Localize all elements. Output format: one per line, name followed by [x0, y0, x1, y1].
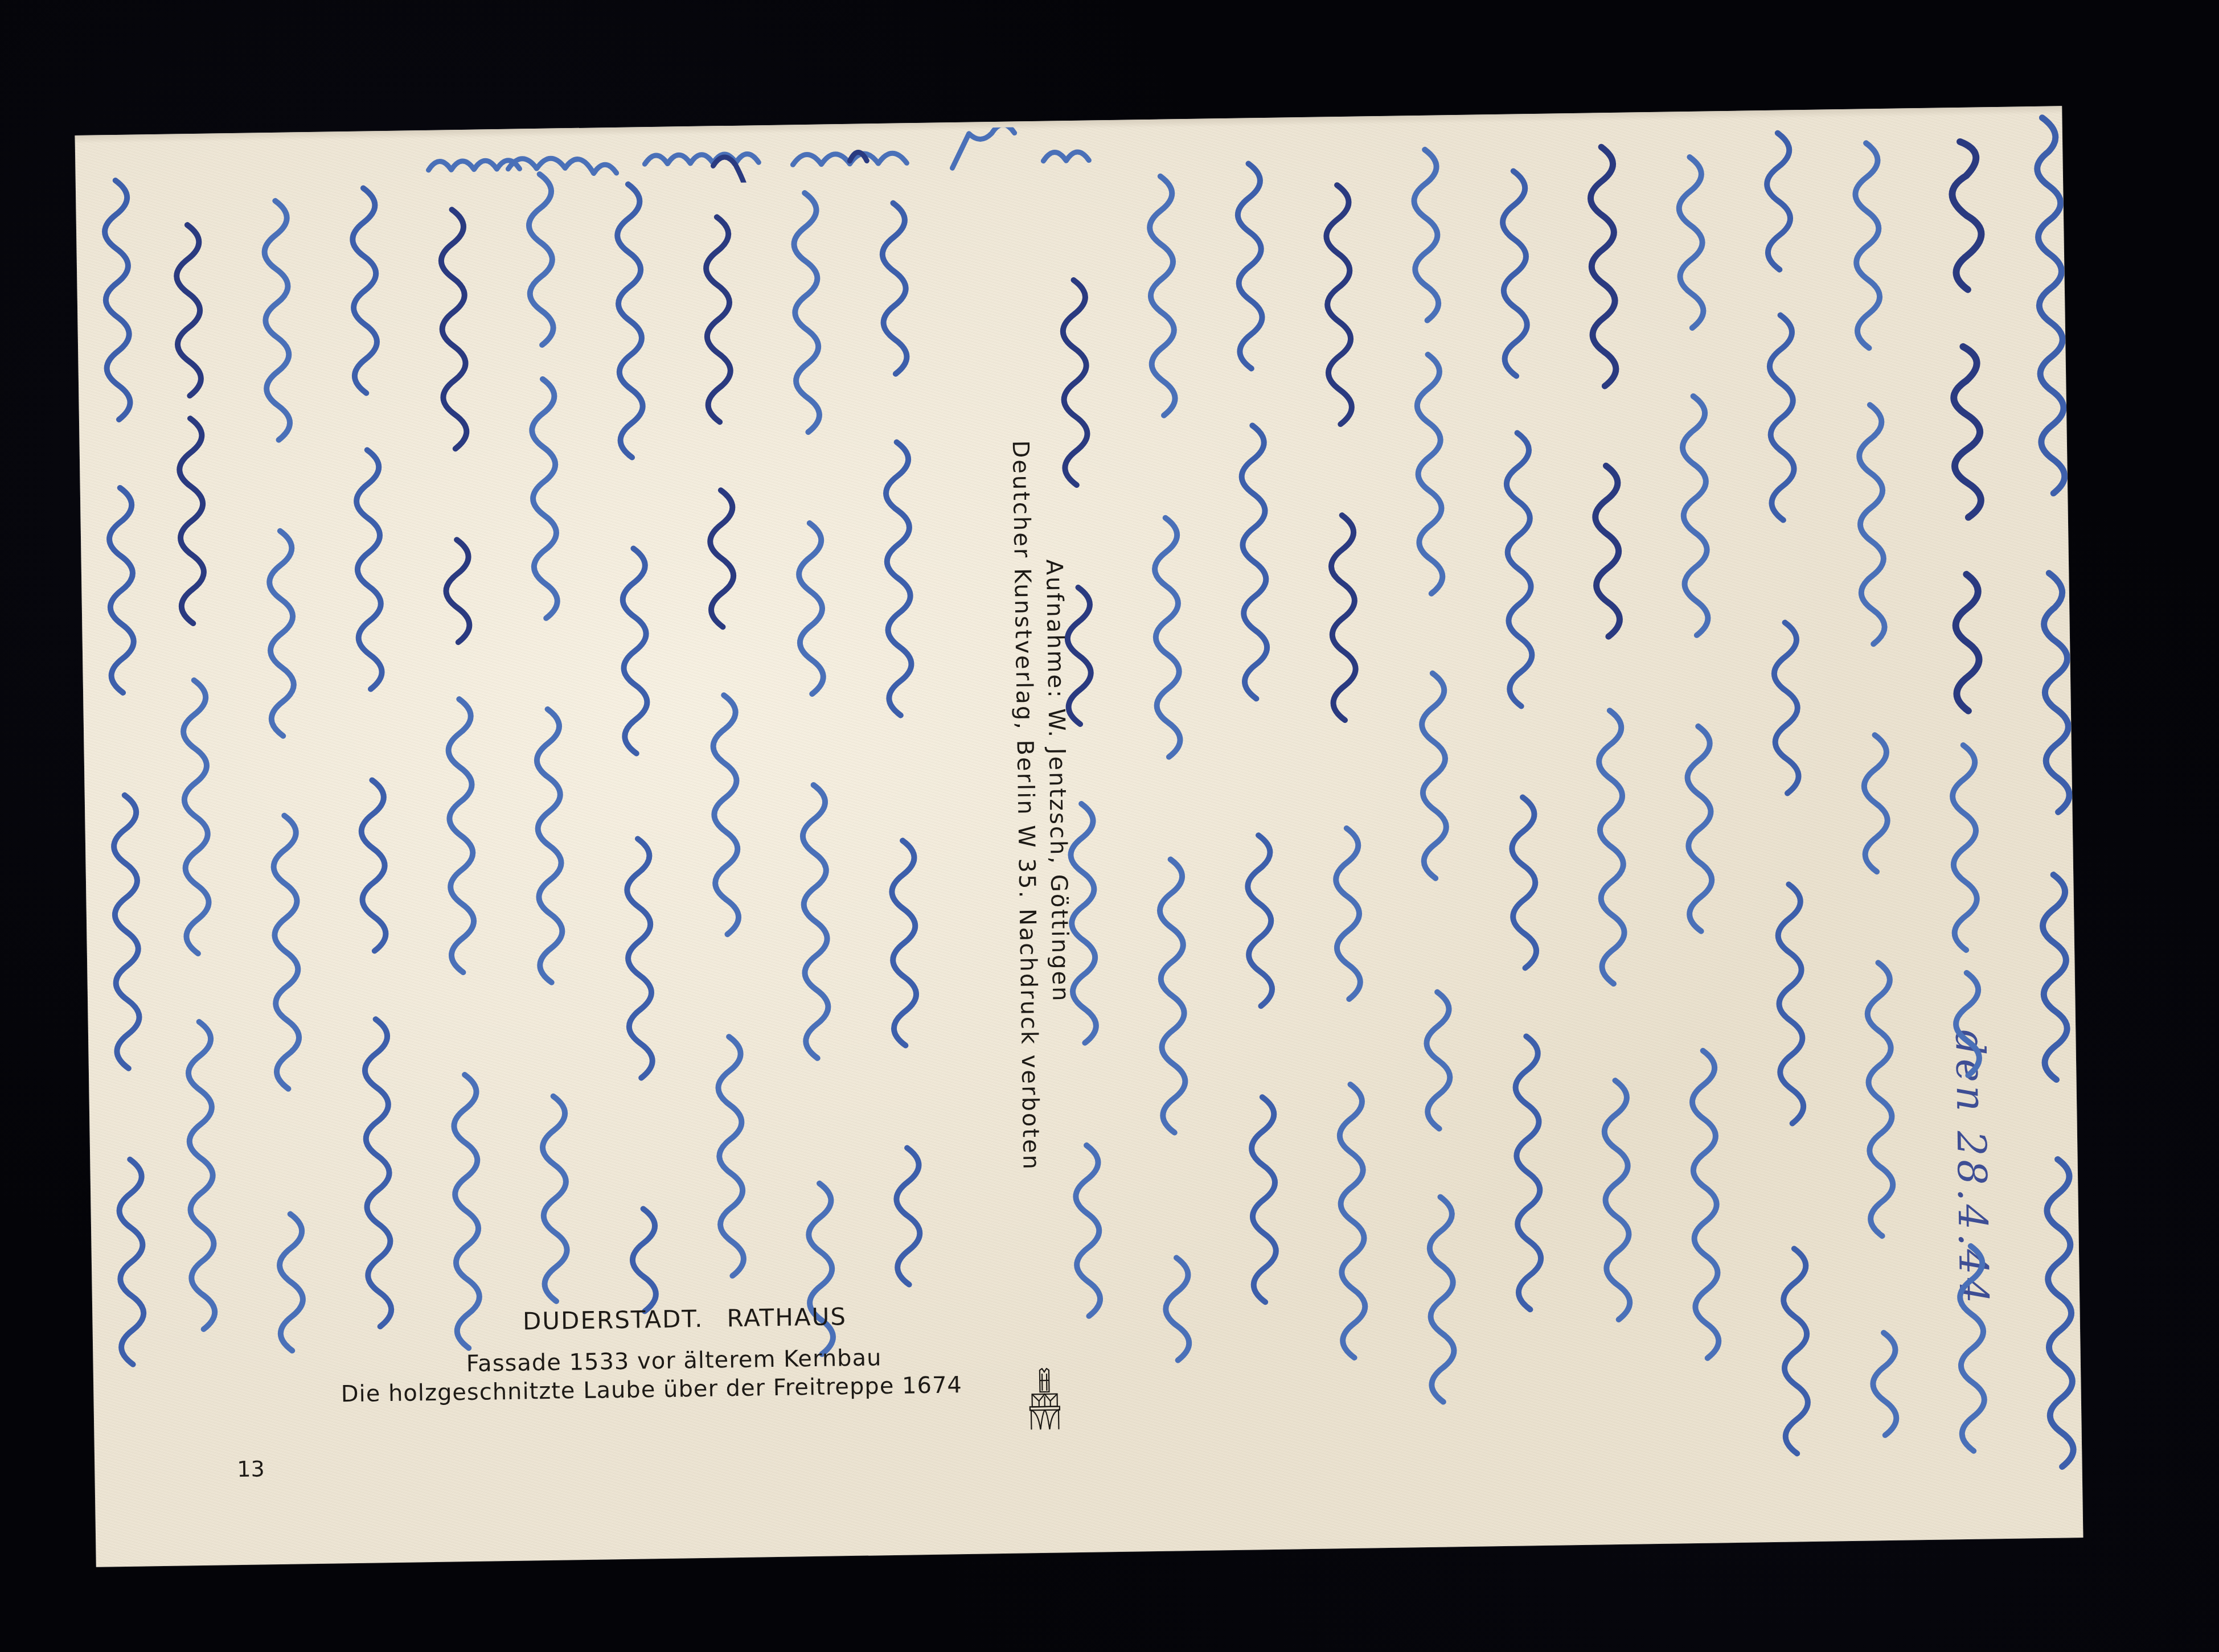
handwriting-column-9: [1302, 116, 1397, 1549]
handwriting-column-4: [1743, 110, 1838, 1543]
postcard: den 28.4.44: [75, 106, 2083, 1567]
handwriting-column-7: [1478, 114, 1573, 1547]
handwriting-column-10: [1213, 117, 1309, 1550]
handwriting-column-5: [1655, 111, 1750, 1544]
scan-background: den 28.4.44: [0, 0, 2219, 1652]
gothic-tower-icon: [1027, 1368, 1063, 1431]
handwriting-column-3: [1831, 108, 1926, 1541]
handwriting-column-11: [1125, 119, 1220, 1552]
handwriting-column-6: [1566, 112, 1662, 1545]
handwriting-column-8: [1390, 115, 1485, 1548]
caption-title: DUDERSTADT. RATHAUS: [320, 1300, 1049, 1338]
publisher-imprint: Aufnahme: W. Jentzsch, Göttingen Deutche…: [959, 440, 1044, 1181]
handwriting-column-1: [2008, 106, 2083, 1538]
publisher-line: Deutcher Kunstverlag, Berlin W 35. Nachd…: [1007, 440, 1044, 1181]
handwriting-column-2: [1919, 107, 2015, 1540]
card-number: 13: [237, 1456, 265, 1482]
postcard-caption: DUDERSTADT. RATHAUS Fassade 1533 vor ält…: [252, 1300, 1050, 1409]
